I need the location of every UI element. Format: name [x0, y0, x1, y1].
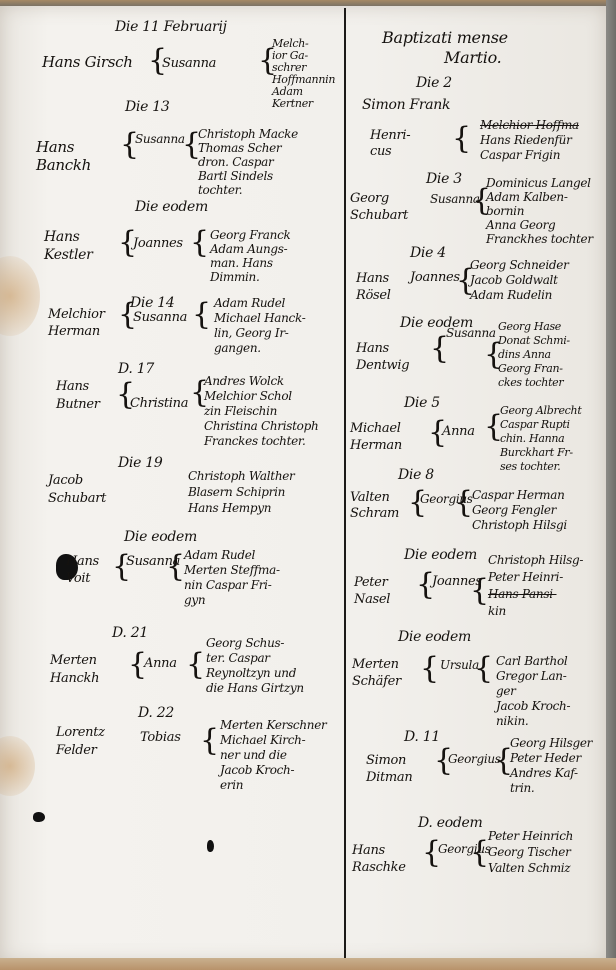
entry-godparents: Christoph Macke Thomas Scher dron. Caspa…	[198, 127, 298, 197]
entry-father: Hans Kestler	[44, 228, 114, 264]
entry-date: Die 19	[118, 456, 162, 471]
entry-date: Die eodem	[404, 548, 477, 563]
entry-date: Die 2	[416, 76, 452, 91]
entry-child: Christina	[130, 396, 188, 411]
entry-godparents: Christoph Walther Blasern Schiprin Hans …	[188, 468, 295, 516]
entry-godparents: Adam Rudel Michael Hanck- lin, Georg Ir-…	[214, 296, 305, 356]
entry-father: Hans Banckh	[36, 138, 116, 174]
entry-godparents: Christoph Hilsg- Peter Heinri- Hans Pans…	[488, 552, 583, 620]
entry-godparents: Georg Hase Donat Schmi- dins Anna Georg …	[498, 320, 570, 390]
entry-date: D. 21	[112, 626, 148, 641]
entry-date: Die 11 Februarij	[115, 20, 227, 35]
brace-icon: {	[474, 654, 493, 684]
brace-icon: {	[470, 576, 489, 606]
entry-godparents: Peter Heinrich Georg Tischer Valten Schm…	[488, 828, 573, 876]
entry-child: Susanna	[430, 192, 460, 206]
entry-father: Peter Nasel	[354, 574, 394, 608]
entry-father: Melchior Herman	[48, 306, 118, 340]
entry-date: Die eodem	[135, 200, 208, 215]
entry-child: Georgius	[420, 492, 444, 506]
entry-child: Susanna	[446, 326, 468, 340]
entry-father: Hans Dentwig	[356, 340, 406, 374]
entry-child: Joannes	[410, 270, 440, 286]
entry-child: Henri- cus	[370, 128, 410, 160]
entry-date: D. eodem	[418, 816, 482, 831]
entry-child: Anna	[144, 656, 177, 671]
entry-godparents: Georg Franck Adam Aungs- man. Hans Dimmi…	[210, 228, 290, 284]
entry-godparents: Caspar Herman Georg Fengler Christoph Hi…	[472, 488, 567, 533]
entry-father: Lorentz Felder	[56, 724, 116, 760]
entry-child: Georgius	[448, 752, 472, 766]
column-divider-line	[344, 8, 346, 958]
entry-father: Hans Rösel	[356, 270, 396, 304]
entry-date: Die 13	[125, 100, 169, 115]
brace-icon: {	[420, 654, 439, 684]
brace-icon: {	[454, 488, 473, 518]
entry-godparents: Georg Schus- ter. Caspar Reynoltzyn und …	[206, 636, 304, 696]
entry-child: Joannes	[133, 236, 183, 251]
entry-date: Die 5	[404, 396, 440, 411]
water-stain	[0, 736, 35, 796]
entry-father: Michael Herman	[350, 420, 410, 454]
entry-godparents: Dominicus Langel Adam Kalben- bornin Ann…	[486, 176, 593, 246]
entry-child: Susanna	[135, 132, 165, 146]
brace-icon: {	[186, 650, 205, 680]
entry-godparents: Andres Wolck Melchior Schol zin Fleischi…	[204, 374, 318, 449]
entry-father: Hans Girsch	[42, 55, 133, 70]
entry-child: Tobias	[140, 730, 181, 745]
entry-date: Die 4	[410, 246, 446, 261]
ink-blot	[33, 812, 45, 822]
entry-child: Susanna	[133, 310, 187, 325]
entry-child: Susanna	[162, 56, 216, 71]
entry-father: Hans Raschke	[352, 842, 402, 876]
entry-godparents: Melchior Hoffma Hans Riedenfür Caspar Fr…	[480, 118, 579, 163]
entry-father: Simon Frank	[362, 98, 450, 113]
entry-father: Jacob Schubart	[48, 472, 108, 508]
entry-godparents: Georg Schneider Jacob Goldwalt Adam Rude…	[470, 258, 569, 303]
entry-godparents: Merten Kerschner Michael Kirch- ner und …	[220, 718, 326, 793]
page-right-edge	[606, 0, 616, 970]
entry-child: Joannes	[432, 574, 460, 590]
page-heading-month: Martio.	[444, 50, 501, 65]
entry-date: D. 17	[118, 362, 154, 377]
entry-date: Die 8	[398, 468, 434, 483]
entry-father: Merten Schäfer	[352, 656, 412, 690]
brace-icon: {	[166, 552, 185, 582]
page-heading: Baptizati mense	[382, 30, 508, 45]
entry-godparents: Georg Albrecht Caspar Rupti chin. Hanna …	[500, 404, 581, 474]
ink-blot	[207, 840, 214, 852]
page-bottom-edge	[0, 958, 616, 970]
brace-icon: {	[470, 838, 489, 868]
brace-icon: {	[452, 124, 471, 154]
entry-father: Hans Voit	[66, 553, 116, 587]
entry-date: Die eodem	[124, 530, 197, 545]
entry-child: Anna	[442, 424, 475, 439]
entry-date: Die eodem	[398, 630, 471, 645]
entry-father: Hans Butner	[56, 378, 116, 414]
entry-godparents: Carl Barthol Gregor Lan- ger Jacob Kroch…	[496, 654, 570, 729]
brace-icon: {	[190, 228, 209, 258]
entry-father: Merten Hanckh	[50, 652, 110, 688]
entry-child: Ursula	[440, 658, 462, 672]
brace-icon: {	[200, 726, 219, 756]
entry-father: Georg Schubart	[350, 190, 410, 224]
entry-date: Die 3	[426, 172, 462, 187]
entry-father: Valten Schram	[350, 490, 410, 522]
entry-father: Simon Ditman	[366, 752, 416, 786]
brace-icon: {	[192, 300, 211, 330]
water-stain	[0, 256, 40, 336]
entry-child: Georgius	[438, 842, 462, 856]
entry-godparents: Adam Rudel Merten Steffma- nin Caspar Fr…	[184, 548, 280, 608]
entry-date: D. 22	[138, 706, 174, 721]
entry-godparents: Georg Hilsger Peter Heder Andres Kaf- tr…	[510, 736, 592, 796]
entry-godparents: Melch- ior Ga- schrer Hoffmannin Adam Ke…	[272, 38, 335, 110]
